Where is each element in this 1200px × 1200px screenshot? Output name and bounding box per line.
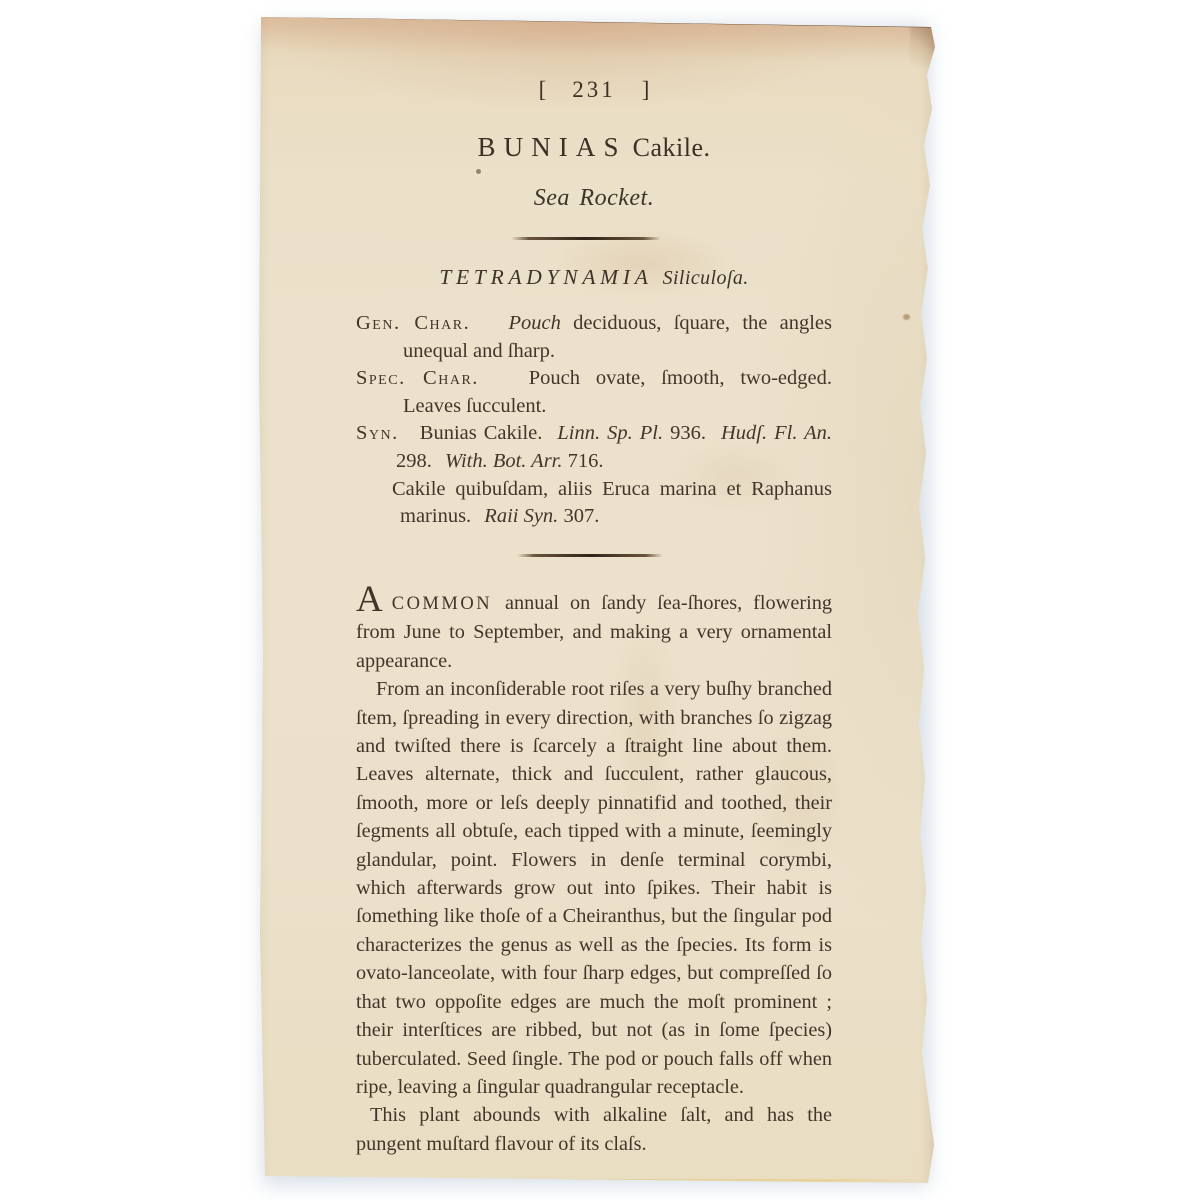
generic-character-emphasis: Pouch — [509, 312, 561, 334]
ink-speck — [476, 169, 481, 174]
section-divider-bottom — [517, 554, 663, 557]
synonym-reference-3-number: 716. — [568, 450, 604, 472]
synonym-reference-1-number: 936. — [670, 422, 714, 444]
top-right-corner-fold — [910, 23, 936, 67]
description-paragraph-3: This plant abounds with alkaline ſalt, a… — [356, 1101, 832, 1158]
book-page: [231] BUNIASCakile. Sea Rocket. TETRADYN… — [253, 13, 937, 1185]
lead-word-caps: COMMON — [392, 594, 492, 614]
page-top-tint — [257, 16, 935, 63]
generic-character-label: Gen. Char. — [356, 312, 496, 334]
synonym-label: Syn. — [356, 422, 413, 444]
section-divider-top — [511, 237, 661, 240]
specific-character-entry: Spec. Char. Pouch ovate, ſmooth, two-edg… — [356, 365, 832, 420]
characters-block: Gen. Char. Pouch deciduous, ſquare, the … — [356, 310, 832, 531]
page-number: [231] — [356, 77, 832, 103]
synonym-reference-3: With. Bot. Arr. — [445, 450, 563, 472]
synonym-entry: Syn. Bunias Cakile. Linn. Sp. Pl. 936. H… — [356, 420, 832, 475]
classification-heading: TETRADYNAMIASiliculoſa. — [316, 265, 872, 290]
description-block: ACOMMON annual on ſandy ſea-ſhores, flow… — [356, 589, 832, 1158]
page-number-value: 231 — [572, 77, 616, 102]
class-name: TETRADYNAMIA — [439, 265, 652, 289]
page-number-bracket-left: [ — [539, 77, 547, 102]
synonym-name: Bunias Cakile. — [420, 422, 551, 444]
generic-character-entry: Gen. Char. Pouch deciduous, ſquare, the … — [356, 310, 832, 365]
genus-name: BUNIAS — [478, 132, 627, 162]
synonym-reference-2: Hudſ. Fl. An. — [721, 422, 832, 444]
description-paragraph-2: From an inconſiderable root riſes a very… — [356, 675, 832, 1101]
foxing-spot — [903, 314, 910, 320]
order-name: Siliculoſa. — [663, 267, 749, 289]
synonym-reference-2-number: 298. — [396, 450, 440, 472]
specific-character-label: Spec. Char. — [356, 367, 513, 389]
description-paragraph-1: ACOMMON annual on ſandy ſea-ſhores, flow… — [356, 589, 832, 675]
synonym-reference-1: Linn. Sp. Pl. — [557, 422, 663, 444]
alternative-reference: Raii Syn. — [484, 505, 558, 527]
alternative-reference-number: 307. — [563, 505, 599, 527]
species-name: Cakile. — [633, 133, 711, 162]
raised-capital: A — [356, 579, 383, 620]
alternative-names-text: Cakile quibuſdam, aliis Eruca marina et … — [392, 478, 832, 528]
alternative-names-entry: Cakile quibuſdam, aliis Eruca marina et … — [356, 476, 832, 531]
common-name: Sea Rocket. — [356, 185, 832, 212]
page-title: BUNIASCakile. — [336, 132, 852, 163]
page-number-bracket-right: ] — [642, 77, 650, 102]
